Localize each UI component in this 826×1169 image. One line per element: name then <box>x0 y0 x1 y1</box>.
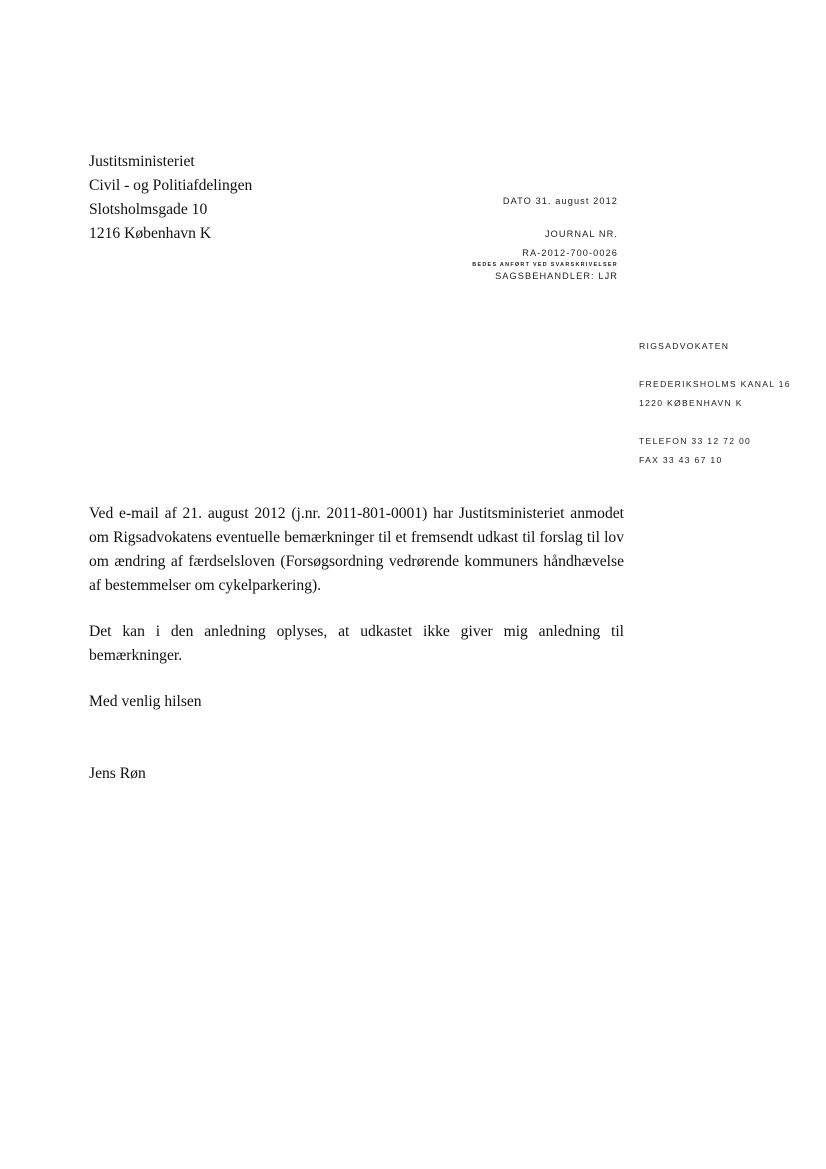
recipient-department: Civil - og Politiafdelingen <box>89 174 252 198</box>
letter-date: DATO 31. august 2012 <box>472 196 618 206</box>
sender-fax: FAX 33 43 67 10 <box>639 455 791 474</box>
sender-city: 1220 KØBENHAVN K <box>639 398 791 417</box>
journal-number: RA-2012-700-0026 <box>472 248 618 258</box>
sender-phone: TELEFON 33 12 72 00 <box>639 436 791 455</box>
signature-name: Jens Røn <box>89 762 146 786</box>
recipient-street: Slotsholmsgade 10 <box>89 198 252 222</box>
sender-block: RIGSADVOKATEN FREDERIKSHOLMS KANAL 16 12… <box>639 341 791 474</box>
recipient-organization: Justitsministeriet <box>89 150 252 174</box>
letter-metadata: DATO 31. august 2012 JOURNAL NR. RA-2012… <box>472 196 618 281</box>
closing-phrase: Med venlig hilsen <box>89 690 624 714</box>
journal-label: JOURNAL NR. <box>472 229 618 239</box>
body-paragraph: Ved e-mail af 21. august 2012 (j.nr. 201… <box>89 502 624 598</box>
reply-note: BEDES ANFØRT VED SVARSKRIVELSER <box>472 262 618 268</box>
letter-body: Ved e-mail af 21. august 2012 (j.nr. 201… <box>89 502 624 736</box>
recipient-address: Justitsministeriet Civil - og Politiafde… <box>89 150 252 246</box>
body-paragraph: Det kan i den anledning oplyses, at udka… <box>89 620 624 668</box>
recipient-city: 1216 København K <box>89 222 252 246</box>
case-handler: SAGSBEHANDLER: LJR <box>472 271 618 281</box>
sender-name: RIGSADVOKATEN <box>639 341 791 360</box>
sender-street: FREDERIKSHOLMS KANAL 16 <box>639 379 791 398</box>
